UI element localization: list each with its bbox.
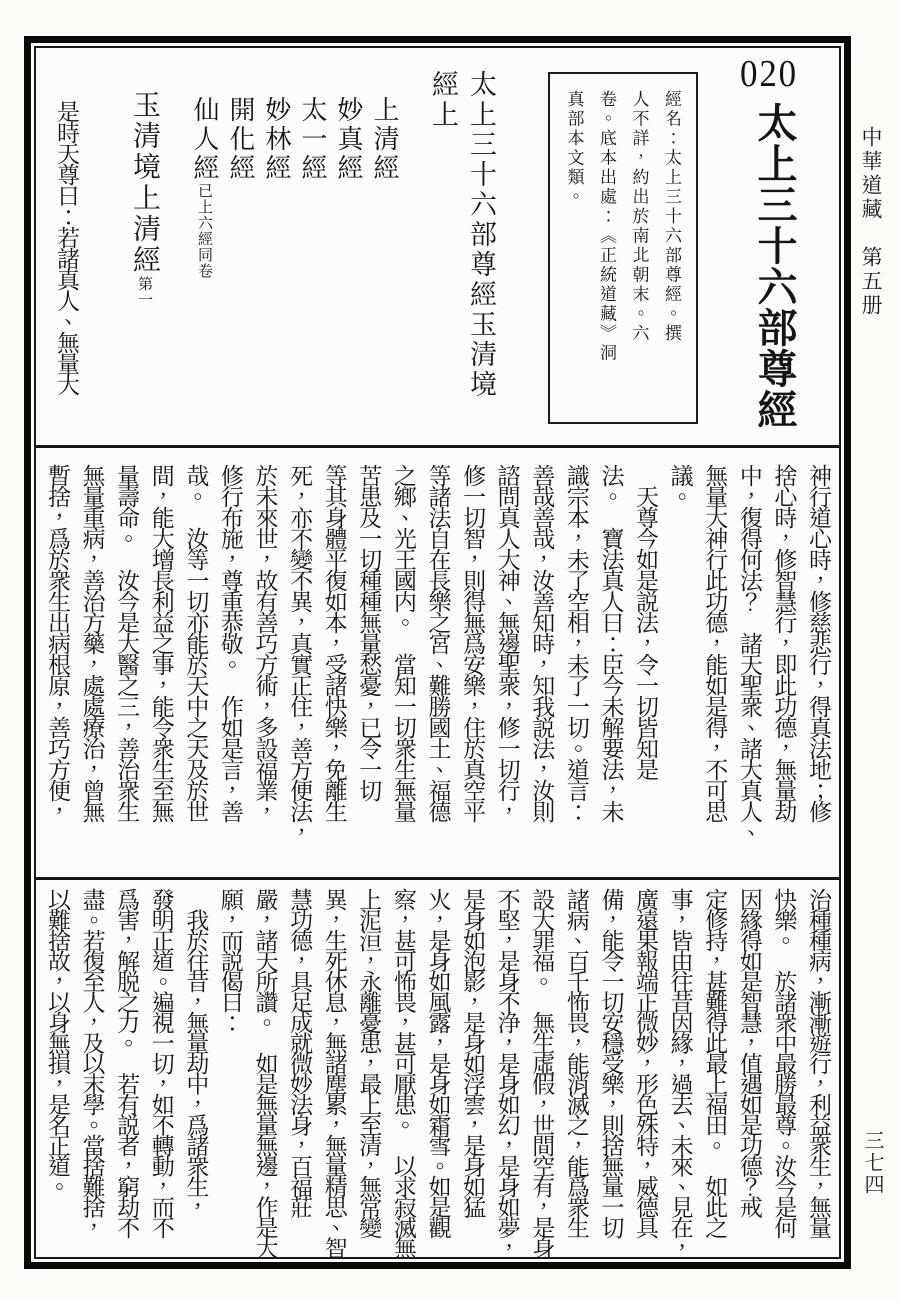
text-column: 之鄉、光王國内。 當知一切衆生無量 — [385, 464, 420, 877]
section-title-note: 第一 — [136, 276, 152, 308]
text-column: 間，能大增長利益之事，能令衆生至無 — [143, 464, 178, 877]
text-column: 因緣得如是智慧，值遇如是功德？戒 — [731, 888, 766, 1257]
sutra-name: 妙林經 — [262, 96, 291, 183]
text-column: 發明正道。遍視一切，如不轉動，而不 — [143, 888, 178, 1257]
sutra-item: 妙真經 — [330, 96, 366, 279]
sutra-item: 開化經 — [222, 96, 258, 279]
text-column: 以難捨故，以身無損，是名正道。 — [39, 888, 74, 1257]
opening-column: 是時天尊曰：若諸真人、無量大 — [50, 100, 83, 394]
text-column: 天尊今如是説法，令一切皆知是 — [627, 464, 662, 877]
text-column: 無量重病，善治方藥，處處療治，曾無 — [74, 464, 109, 877]
page-content: 020 太上三十六部尊經 經名：太上三十六部尊經。撰 人不詳，約出於南北朝末。六… — [36, 48, 839, 1257]
text-column: 火，是身如風露，是身如霜雪。如是觀 — [420, 888, 455, 1257]
text-band-middle: 神行道心時，修慈悲行，得真法地；修 捨心時，修智慧行，即此功德，無量劫 中，復得… — [36, 448, 839, 877]
sutra-name: 上清經 — [370, 96, 399, 183]
text-column: 法。 寶法真人曰：臣今未解要法，未 — [593, 464, 628, 877]
sutra-name: 太一經 — [298, 96, 327, 183]
text-column: 異，生死休息，無諸塵累，無量精思、智 — [316, 888, 351, 1257]
text-column: 等其身體平復如本，受諸快樂，免離生 — [316, 464, 351, 877]
header-band: 020 太上三十六部尊經 經名：太上三十六部尊經。撰 人不詳，約出於南北朝末。六… — [36, 48, 839, 445]
sutra-name: 開化經 — [226, 96, 255, 183]
text-column: 善哉善哉，汝善知時，知我説法，汝則 — [524, 464, 559, 877]
text-column: 事，皆由往昔因緣，過去、未來、見在， — [662, 888, 697, 1257]
section-title: 玉清境上清經第一 — [124, 90, 164, 308]
colophon-column: 經名：太上三十六部尊經。撰 — [655, 90, 688, 412]
text-column: 上泥洹，永離憂患，最上至清，無常變 — [351, 888, 386, 1257]
colophon-column: 人不詳，約出於南北朝末。六 — [622, 90, 655, 412]
text-column: 於未來世，故有善巧方術，多設福業， — [247, 464, 282, 877]
colophon-column: 真部本文類。 — [557, 90, 590, 412]
text-column: 嚴，諸天所讚。 如是無量無邊，作是大 — [247, 888, 282, 1257]
text-band-bottom: 治種種病，漸漸遊行，利益衆生，無量 快樂。 於諸衆中最勝最尊。汝今是何 因緣得如… — [36, 880, 839, 1257]
text-column: 快樂。 於諸衆中最勝最尊。汝今是何 — [766, 888, 801, 1257]
text-column: 修一切智，則得無爲安樂，住於真空平 — [454, 464, 489, 877]
text-column: 我於往昔，無量劫中，爲諸衆生， — [178, 888, 213, 1257]
text-column: 不堅，是身不浄，是身如幻，是身如夢， — [489, 888, 524, 1257]
main-title: 太上三十六部尊經 — [748, 102, 800, 430]
colophon-column: 卷。底本出處：《正統道藏》洞 — [590, 90, 623, 412]
text-column: 苦患及一切種種無量愁憂，已令一切 — [351, 464, 386, 877]
title-column-1: 太上三十六部尊經玉清境 — [464, 70, 498, 400]
sutra-note: 已上六經同卷 — [196, 183, 212, 279]
doc-number: 020 — [740, 52, 798, 96]
inner-frame: 020 太上三十六部尊經 經名：太上三十六部尊經。撰 人不詳，約出於南北朝末。六… — [34, 46, 841, 1259]
text-column: 設大罪福。 無生虛假，世間空有，是身 — [524, 888, 559, 1257]
sutra-item: 上清經 — [366, 96, 402, 279]
colophon-box: 經名：太上三十六部尊經。撰 人不詳，約出於南北朝末。六 卷。底本出處：《正統道藏… — [548, 72, 698, 424]
sutra-name: 仙人經 — [190, 96, 219, 183]
text-column: 捨心時，修智慧行，即此功德，無量劫 — [766, 464, 801, 877]
text-column: 哉。 汝等一切亦能於天中之天及於世 — [178, 464, 213, 877]
text-column: 備，能令一切安穩受樂，則捨無量一切 — [593, 888, 628, 1257]
sutra-item: 妙林經 — [258, 96, 294, 279]
title-column-2: 經上 — [426, 70, 460, 130]
text-column: 諮問真人大神、無邊聖衆，修一切行， — [489, 464, 524, 877]
text-column: 是身如泡影，是身如浮雲，是身如猛 — [454, 888, 489, 1257]
sutra-item: 太一經 — [294, 96, 330, 279]
section-title-text: 玉清境上清經 — [129, 90, 160, 276]
text-column: 盡。若復至人，及以末學。當捨難捨， — [74, 888, 109, 1257]
text-column: 定修持，甚難得此最上福田。 如此之 — [697, 888, 732, 1257]
text-column: 察，甚可怖畏，甚可厭患。 以求寂滅無 — [385, 888, 420, 1257]
page-number: 三七四 — [858, 1130, 887, 1196]
text-column: 無量大神行此功德，能如是得，不可思 — [697, 464, 732, 877]
text-column: 治種種病，漸漸遊行，利益衆生，無量 — [800, 888, 835, 1257]
text-column: 暫捨，爲於衆生出病根原，善巧方便， — [39, 464, 74, 877]
text-column: 修行布施，尊重恭敬。 作如是言，善 — [212, 464, 247, 877]
sutra-name: 妙真經 — [334, 96, 363, 183]
page-sheet: 中華道藏 第五册 三七四 020 太上三十六部尊經 經名：太上三十六部尊經。撰 … — [0, 0, 900, 1300]
sutra-list: 上清經 妙真經 太一經 妙林經 開化經 仙人經已上六經同卷 — [186, 96, 402, 279]
text-column: 議。 — [662, 464, 697, 877]
volume-label: 中華道藏 第五册 — [856, 126, 886, 318]
text-column: 等諸法自在長樂之宮、難勝國土、福德 — [420, 464, 455, 877]
text-column: 爲害，解脱之力。 若有説者，窮劫不 — [109, 888, 144, 1257]
text-column: 廣遠果報端正微妙，形色殊特，威德具 — [627, 888, 662, 1257]
text-column: 諸病、百千怖畏，能消滅之，能爲衆生 — [558, 888, 593, 1257]
text-column: 識宗本，未了空相，未了一切。道言： — [558, 464, 593, 877]
text-column: 中，復得何法？ 諸天聖衆、諸大真人、 — [731, 464, 766, 877]
sutra-item: 仙人經已上六經同卷 — [186, 96, 222, 279]
text-column: 慧功德，具足成就微妙法身，百福莊 — [282, 888, 317, 1257]
text-column: 量壽命。 汝今是大醫之三，善治衆生 — [109, 464, 144, 877]
text-column: 願，而説偈曰： — [212, 888, 247, 1257]
text-column: 死，亦不變不異，真實正住，善方便法， — [282, 464, 317, 877]
text-column: 神行道心時，修慈悲行，得真法地；修 — [800, 464, 835, 877]
page-frame: 020 太上三十六部尊經 經名：太上三十六部尊經。撰 人不詳，約出於南北朝末。六… — [24, 36, 851, 1269]
